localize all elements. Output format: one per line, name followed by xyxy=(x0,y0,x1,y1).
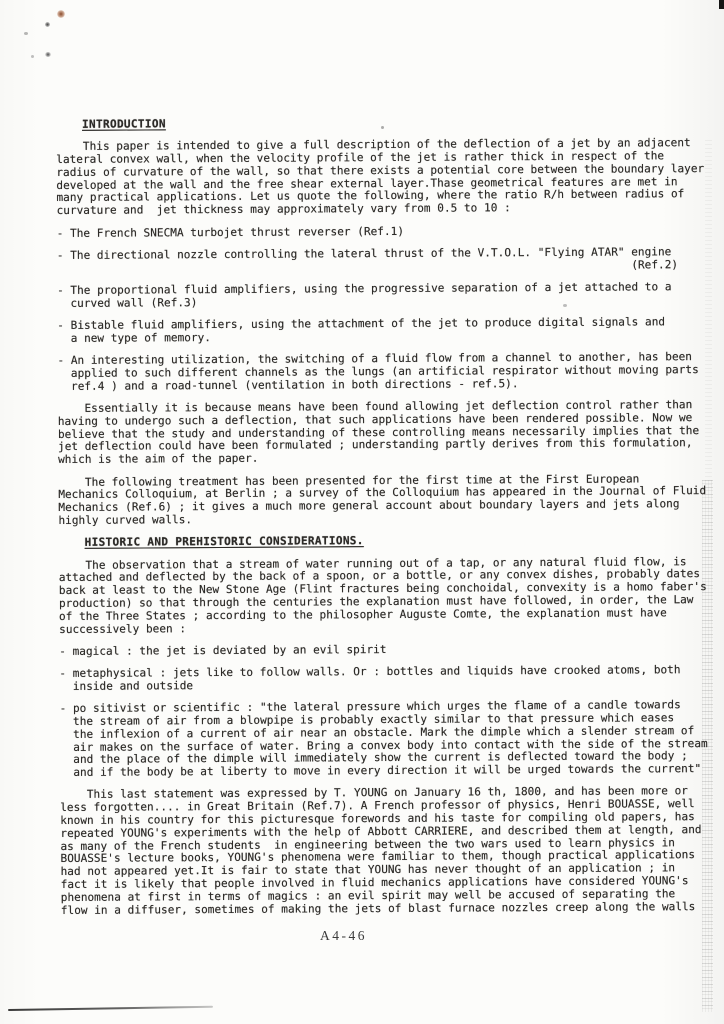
paragraph: This last statement was expressed by T. … xyxy=(60,785,713,917)
staple-mark xyxy=(24,32,28,35)
text-line: which is the aim of the paper. xyxy=(58,450,710,467)
bullet-item: - Bistable fluid amplifiers, using the a… xyxy=(57,316,709,346)
text-line: successively been : xyxy=(59,620,711,637)
bullet-item: - po sitivist or scientific : "the later… xyxy=(60,699,712,780)
text-line: ref.4 ) and a road-tunnel (ventilation i… xyxy=(58,377,710,394)
text-line: curved wall (Ref.3) xyxy=(57,294,709,311)
text-line: - magical : the jet is deviated by an ev… xyxy=(59,642,711,659)
text-line: a new type of memory. xyxy=(57,329,709,346)
bullet-item: - The French SNECMA turbojet thrust reve… xyxy=(57,224,709,241)
text-line: - The French SNECMA turbojet thrust reve… xyxy=(57,224,709,241)
paragraph: Essentially it is because means have bee… xyxy=(58,399,710,467)
staple-mark xyxy=(45,52,51,57)
bullet-item: - The proportional fluid amplifiers, usi… xyxy=(57,281,709,311)
page-edge-scan-line xyxy=(8,1006,213,1011)
document-body: INTRODUCTION This paper is intended to g… xyxy=(56,115,713,917)
text-line: flow in a diffuser, sometimes of making … xyxy=(61,901,713,918)
text-line: (Ref.2) xyxy=(57,259,709,276)
section-heading: HISTORIC AND PREHISTORIC CONSIDERATIONS. xyxy=(59,533,711,550)
text-line: highly curved walls. xyxy=(58,511,710,528)
staple-mark xyxy=(31,55,34,58)
page-number: A4-46 xyxy=(320,928,367,944)
paragraph: The following treatment has been present… xyxy=(58,473,710,528)
text-line: curvature and jet thickness may approxim… xyxy=(57,201,709,218)
section-heading-text: INTRODUCTION xyxy=(82,118,166,131)
bullet-item: - magical : the jet is deviated by an ev… xyxy=(59,642,711,659)
section-heading-text: HISTORIC AND PREHISTORIC CONSIDERATIONS. xyxy=(85,535,364,550)
text-line: and if the body be at liberty to move in… xyxy=(60,763,712,780)
bullet-item: - An interesting utilization, the switch… xyxy=(57,351,709,393)
staple-rust-mark xyxy=(57,10,65,18)
text-line: inside and outside xyxy=(59,677,711,694)
corner-scan-mark xyxy=(719,0,724,9)
staple-mark xyxy=(45,22,50,27)
scanned-document-page: INTRODUCTION This paper is intended to g… xyxy=(0,0,724,1024)
paragraph: This paper is intended to give a full de… xyxy=(56,137,708,218)
bullet-item: - The directional nozzle controlling the… xyxy=(57,246,709,276)
paragraph: The observation that a stream of water r… xyxy=(59,556,711,637)
bullet-item: - metaphysical : jets like to follow wal… xyxy=(59,664,711,694)
section-heading: INTRODUCTION xyxy=(56,115,708,132)
